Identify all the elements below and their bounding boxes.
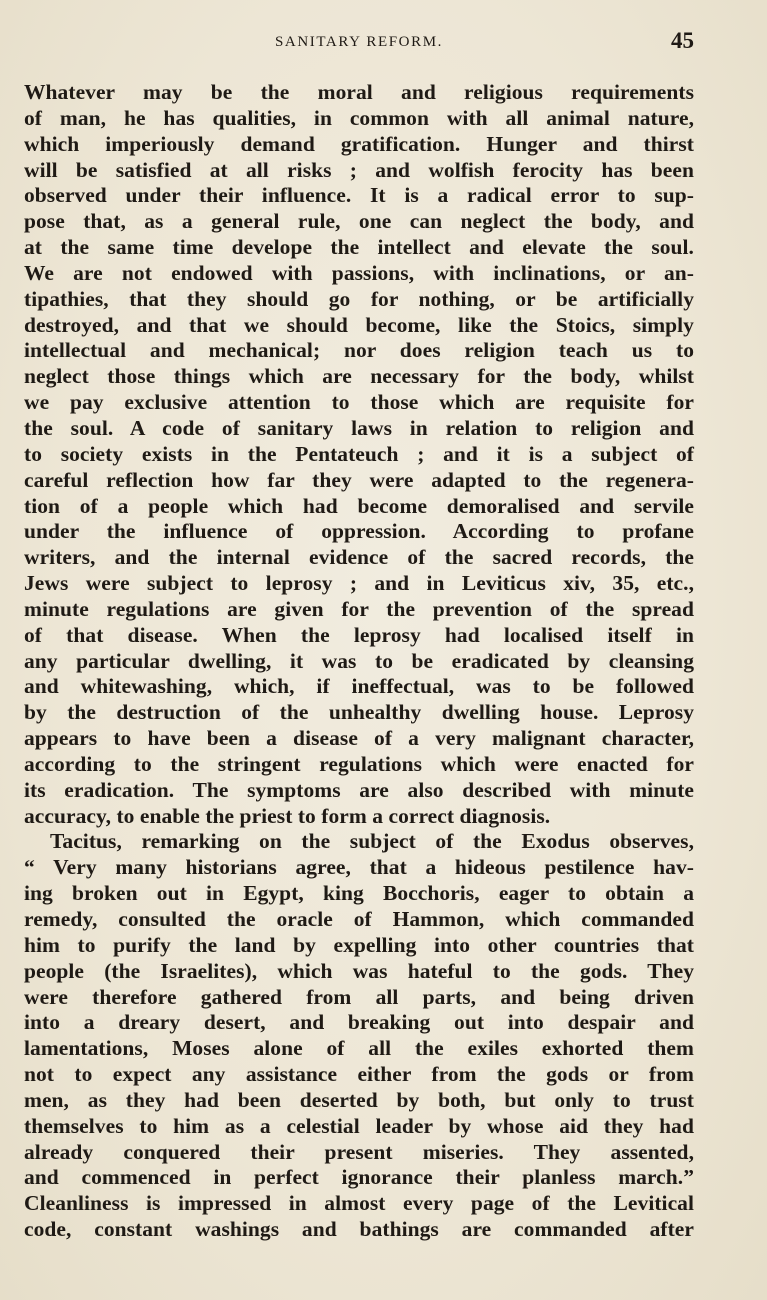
text-line: ing broken out in Egypt, king Bocchoris,… (24, 881, 694, 907)
text-line: its eradication. The symptoms are also d… (24, 778, 694, 804)
text-line: will be satisfied at all risks ; and wol… (24, 158, 694, 184)
text-line: tipathies, that they should go for nothi… (24, 287, 694, 313)
text-line: into a dreary desert, and breaking out i… (24, 1010, 694, 1036)
text-line: code, constant washings and bathings are… (24, 1217, 694, 1243)
text-line: the soul. A code of sanitary laws in rel… (24, 416, 694, 442)
text-line: We are not endowed with passions, with i… (24, 261, 694, 287)
text-line: Jews were subject to leprosy ; and in Le… (24, 571, 694, 597)
text-line: by the destruction of the unhealthy dwel… (24, 700, 694, 726)
text-line: were therefore gathered from all parts, … (24, 985, 694, 1011)
text-line: themselves to him as a celestial leader … (24, 1114, 694, 1140)
text-line: intellectual and mechanical; nor does re… (24, 338, 694, 364)
text-line: at the same time develope the intellect … (24, 235, 694, 261)
book-page: SANITARY REFORM. 45 Whatever may be the … (0, 0, 767, 1300)
text-line: minute regulations are given for the pre… (24, 597, 694, 623)
text-line-paragraph-end: accuracy, to enable the priest to form a… (24, 804, 694, 830)
text-line: according to the stringent regulations w… (24, 752, 694, 778)
running-head: SANITARY REFORM. 45 (24, 30, 694, 56)
text-line: neglect those things which are necessary… (24, 364, 694, 390)
text-line: writers, and the internal evidence of th… (24, 545, 694, 571)
text-line: Cleanliness is impressed in almost every… (24, 1191, 694, 1217)
text-line: not to expect any assistance either from… (24, 1062, 694, 1088)
text-line: to society exists in the Pentateuch ; an… (24, 442, 694, 468)
text-line: any particular dwelling, it was to be er… (24, 649, 694, 675)
text-line: people (the Israelites), which was hatef… (24, 959, 694, 985)
text-line: appears to have been a disease of a very… (24, 726, 694, 752)
text-line: already conquered their present miseries… (24, 1140, 694, 1166)
text-line: and whitewashing, which, if ineffectual,… (24, 674, 694, 700)
text-line: tion of a people which had become demora… (24, 494, 694, 520)
text-line: careful reflection how far they were ada… (24, 468, 694, 494)
page-number: 45 (671, 28, 694, 54)
text-line: which imperiously demand gratification. … (24, 132, 694, 158)
text-line: “ Very many historians agree, that a hid… (24, 855, 694, 881)
text-line: men, as they had been deserted by both, … (24, 1088, 694, 1114)
text-line: we pay exclusive attention to those whic… (24, 390, 694, 416)
text-line: under the influence of oppression. Accor… (24, 519, 694, 545)
text-line: and commenced in perfect ignorance their… (24, 1165, 694, 1191)
text-line: observed under their influence. It is a … (24, 183, 694, 209)
text-line: of man, he has qualities, in common with… (24, 106, 694, 132)
body-text: Whatever may be the moral and religious … (24, 80, 694, 1243)
text-line-paragraph-start: Tacitus, remarking on the subject of the… (24, 829, 694, 855)
text-line: Whatever may be the moral and religious … (24, 80, 694, 106)
text-line: lamentations, Moses alone of all the exi… (24, 1036, 694, 1062)
text-line: of that disease. When the leprosy had lo… (24, 623, 694, 649)
text-line: destroyed, and that we should become, li… (24, 313, 694, 339)
text-line: him to purify the land by expelling into… (24, 933, 694, 959)
text-line: remedy, consulted the oracle of Hammon, … (24, 907, 694, 933)
running-title: SANITARY REFORM. (24, 34, 694, 51)
text-line: pose that, as a general rule, one can ne… (24, 209, 694, 235)
